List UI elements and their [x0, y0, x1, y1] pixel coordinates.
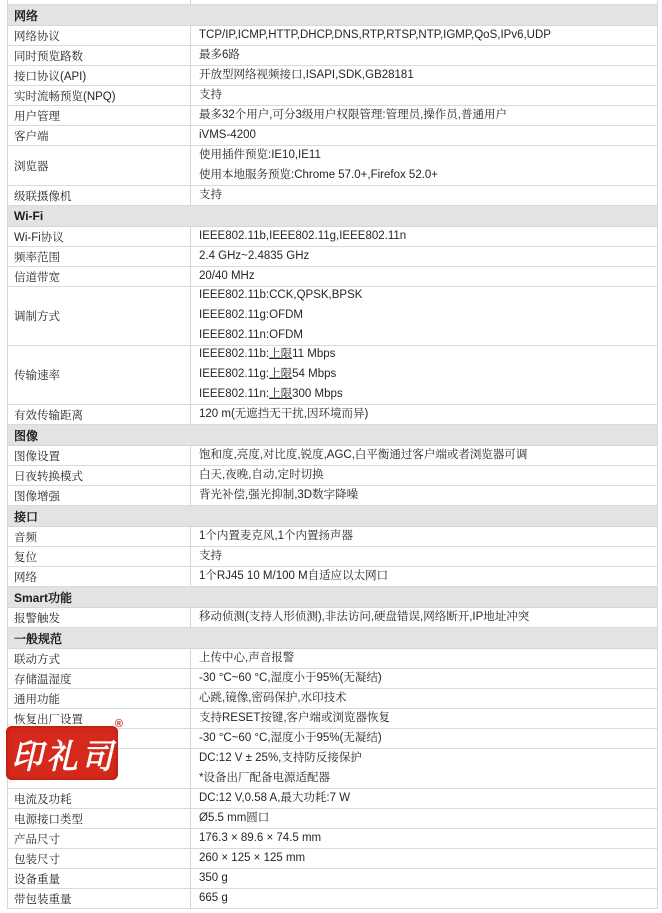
table-row: 图像增强 背光补偿,强光抑制,3D数字降噪 [8, 486, 657, 506]
row-value: 2.4 GHz~2.4835 GHz [191, 247, 657, 266]
yinlisi-seal-stamp: 印礼司 ® [6, 726, 118, 780]
table-row: 浏览器 使用插件预览:IE10,IE11 使用本地服务预览:Chrome 57.… [8, 146, 657, 186]
table-row: 传输速率 IEEE802.11b:上限11 Mbps IEEE802.11g:上… [8, 346, 657, 405]
table-row: 复位 支持 [8, 547, 657, 567]
table-row: 图像设置 饱和度,亮度,对比度,锐度,AGC,白平衡通过客户端或者浏览器可调 [8, 446, 657, 466]
row-value: DC:12 V,0.58 A,最大功耗:7 W [191, 789, 657, 808]
row-label: Wi-Fi协议 [8, 227, 191, 246]
section-header-image: 图像 [8, 425, 657, 446]
row-label: 调制方式 [8, 287, 191, 345]
table-row: 有效传输距离 120 m(无遮挡无干扰,因环境而异) [8, 405, 657, 425]
row-label: 音频 [8, 527, 191, 546]
row-label: 浏览器 [8, 146, 191, 185]
row-value: 饱和度,亮度,对比度,锐度,AGC,白平衡通过客户端或者浏览器可调 [191, 446, 657, 465]
row-value-line: IEEE802.11g:上限54 Mbps [199, 365, 657, 385]
row-label: 网络 [8, 567, 191, 586]
section-header-wifi: Wi-Fi [8, 206, 657, 227]
row-label: 电源接口类型 [8, 809, 191, 828]
table-row: 报警触发 移动侦测(支持人形侦测),非法访问,硬盘错误,网络断开,IP地址冲突 [8, 608, 657, 628]
table-row: 频率范围 2.4 GHz~2.4835 GHz [8, 247, 657, 267]
row-label: 客户端 [8, 126, 191, 145]
table-row: 客户端 iVMS-4200 [8, 126, 657, 146]
row-label: 产品尺寸 [8, 829, 191, 848]
row-label: 级联摄像机 [8, 186, 191, 205]
table-row: 产品尺寸 176.3 × 89.6 × 74.5 mm [8, 829, 657, 849]
row-value: 白天,夜晚,自动,定时切换 [191, 466, 657, 485]
row-value: 260 × 125 × 125 mm [191, 849, 657, 868]
row-label: 用户管理 [8, 106, 191, 125]
row-label: 接口协议(API) [8, 66, 191, 85]
table-row: 电流及功耗 DC:12 V,0.58 A,最大功耗:7 W [8, 789, 657, 809]
row-label: 有效传输距离 [8, 405, 191, 424]
row-value: -30 °C~60 °C,湿度小于95%(无凝结) [191, 669, 657, 688]
row-label: 频率范围 [8, 247, 191, 266]
row-label: 实时流畅预览(NPQ) [8, 86, 191, 105]
section-header-network: 网络 [8, 5, 657, 26]
row-label: 电流及功耗 [8, 789, 191, 808]
table-row: 音频 1个内置麦克风,1个内置扬声器 [8, 527, 657, 547]
row-label: 同时预览路数 [8, 46, 191, 65]
table-row: 用户管理 最多32个用户,可分3级用户权限管理:管理员,操作员,普通用户 [8, 106, 657, 126]
row-value: 支持 [191, 186, 657, 205]
table-row: 包装尺寸 260 × 125 × 125 mm [8, 849, 657, 869]
table-row: 级联摄像机 支持 [8, 186, 657, 206]
table-row: 设备重量 350 g [8, 869, 657, 889]
table-row: 接口协议(API) 开放型网络视频接口,ISAPI,SDK,GB28181 [8, 66, 657, 86]
row-value: 上传中心,声音报警 [191, 649, 657, 668]
row-label: 图像增强 [8, 486, 191, 505]
row-label: 图像设置 [8, 446, 191, 465]
table-row: 电源接口类型 Ø5.5 mm圆口 [8, 809, 657, 829]
table-row: 通用功能 心跳,镜像,密码保护,水印技术 [8, 689, 657, 709]
table-row: Wi-Fi协议 IEEE802.11b,IEEE802.11g,IEEE802.… [8, 227, 657, 247]
stamp-text: 印礼司 [8, 729, 117, 778]
section-header-general: 一般规范 [8, 628, 657, 649]
row-label: 报警触发 [8, 608, 191, 627]
row-label: 带包装重量 [8, 889, 191, 908]
row-value: 心跳,镜像,密码保护,水印技术 [191, 689, 657, 708]
row-label: 设备重量 [8, 869, 191, 888]
section-header-smart: Smart功能 [8, 587, 657, 608]
row-value-line: IEEE802.11b:上限11 Mbps [199, 345, 657, 365]
row-label: 信道带宽 [8, 267, 191, 286]
table-row: 带包装重量 665 g [8, 889, 657, 909]
row-label: 包装尺寸 [8, 849, 191, 868]
row-value: 背光补偿,强光抑制,3D数字降噪 [191, 486, 657, 505]
row-label: 复位 [8, 547, 191, 566]
row-value: 支持 [191, 86, 657, 105]
row-value: 最多32个用户,可分3级用户权限管理:管理员,操作员,普通用户 [191, 106, 657, 125]
table-row: 实时流畅预览(NPQ) 支持 [8, 86, 657, 106]
row-value: Ø5.5 mm圆口 [191, 809, 657, 828]
table-row: 同时预览路数 最多6路 [8, 46, 657, 66]
row-value: 120 m(无遮挡无干扰,因环境而异) [191, 405, 657, 424]
row-value: 176.3 × 89.6 × 74.5 mm [191, 829, 657, 848]
table-row: 网络协议 TCP/IP,ICMP,HTTP,DHCP,DNS,RTP,RTSP,… [8, 26, 657, 46]
row-value: TCP/IP,ICMP,HTTP,DHCP,DNS,RTP,RTSP,NTP,I… [191, 26, 657, 45]
row-value: 支持 [191, 547, 657, 566]
table-row: 日夜转换模式 白天,夜晚,自动,定时切换 [8, 466, 657, 486]
row-value: 移动侦测(支持人形侦测),非法访问,硬盘错误,网络断开,IP地址冲突 [191, 608, 657, 627]
section-header-interface: 接口 [8, 506, 657, 527]
table-row: 存储温湿度 -30 °C~60 °C,湿度小于95%(无凝结) [8, 669, 657, 689]
row-label: 日夜转换模式 [8, 466, 191, 485]
row-value: IEEE802.11b:上限11 Mbps IEEE802.11g:上限54 M… [191, 346, 657, 404]
row-value: 1个RJ45 10 M/100 M自适应以太网口 [191, 567, 657, 586]
row-value: 1个内置麦克风,1个内置扬声器 [191, 527, 657, 546]
row-value: 350 g [191, 869, 657, 888]
row-label: 存储温湿度 [8, 669, 191, 688]
row-value: IEEE802.11b:CCK,QPSK,BPSK IEEE802.11g:OF… [191, 287, 657, 345]
table-row: 信道带宽 20/40 MHz [8, 267, 657, 287]
row-value: 开放型网络视频接口,ISAPI,SDK,GB28181 [191, 66, 657, 85]
row-value-line: IEEE802.11n:上限300 Mbps [199, 385, 657, 405]
row-value: DC:12 V ± 25%,支持防反接保护 *设备出厂配备电源适配器 [191, 749, 657, 788]
row-value: -30 °C~60 °C,湿度小于95%(无凝结) [191, 729, 657, 748]
row-label: 传输速率 [8, 346, 191, 404]
row-label: 通用功能 [8, 689, 191, 708]
row-value: 使用插件预览:IE10,IE11 使用本地服务预览:Chrome 57.0+,F… [191, 146, 657, 185]
row-label: 网络协议 [8, 26, 191, 45]
row-value: IEEE802.11b,IEEE802.11g,IEEE802.11n [191, 227, 657, 246]
row-value: 最多6路 [191, 46, 657, 65]
table-row: 调制方式 IEEE802.11b:CCK,QPSK,BPSK IEEE802.1… [8, 287, 657, 346]
registered-trademark-icon: ® [115, 718, 123, 730]
row-value: 支持RESET按键,客户端或浏览器恢复 [191, 709, 657, 728]
table-row: 联动方式 上传中心,声音报警 [8, 649, 657, 669]
row-value: 665 g [191, 889, 657, 908]
table-row: 网络 1个RJ45 10 M/100 M自适应以太网口 [8, 567, 657, 587]
row-label: 联动方式 [8, 649, 191, 668]
row-value: iVMS-4200 [191, 126, 657, 145]
row-value: 20/40 MHz [191, 267, 657, 286]
